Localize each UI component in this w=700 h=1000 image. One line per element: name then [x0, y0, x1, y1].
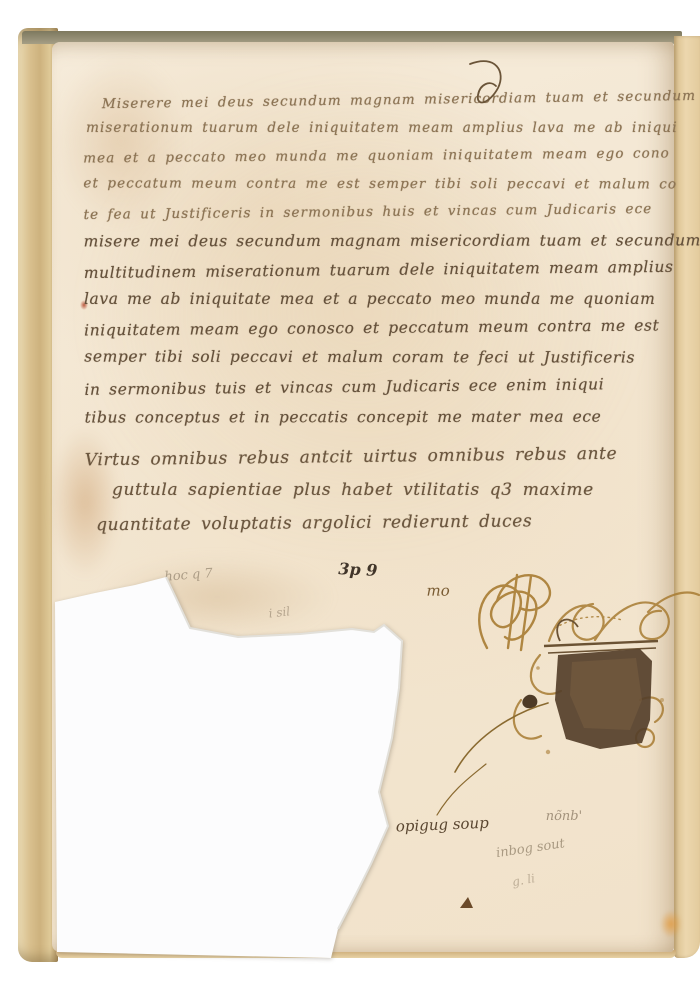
manuscript-line: lava me ab iniquitate mea et a peccato m… [84, 290, 655, 308]
manuscript-line: mea et a peccato meo munda me quoniam in… [83, 145, 670, 166]
manuscript-page: Miserere mei deus secundum magnam miseri… [52, 42, 674, 952]
manuscript-line: te fea ut Justificeris in sermonibus hui… [83, 201, 652, 223]
manuscript-line: quantitate voluptatis argolici redierunt… [96, 511, 532, 535]
manuscript-line: misere mei deus secundum magnam miserico… [84, 231, 700, 250]
pen-trial: nõnb' [546, 809, 583, 824]
pen-scribble: i sil [268, 604, 291, 620]
manuscript-line: Virtus omnibus rebus antcit uirtus omnib… [85, 444, 618, 471]
manuscript-line: multitudinem miserationum tuarum dele in… [84, 258, 674, 282]
pen-scribble: mo [426, 582, 449, 600]
manuscript-line: in sermonibus tuis et vincas cum Judicar… [84, 375, 604, 398]
manuscript-line: tibus conceptus et in peccatis concepit … [85, 408, 602, 427]
manuscript-text-block: Miserere mei deus secundum magnam miseri… [50, 40, 677, 953]
manuscript-line: iniquitatem meam ego conosco et peccatum… [84, 316, 659, 339]
manuscript-line: miserationum tuarum dele iniquitatem mea… [86, 120, 678, 136]
manuscript-line: semper tibi soli peccavi et malum coram … [84, 348, 635, 367]
manuscript-line: et peccatum meum contra me est semper ti… [83, 175, 677, 192]
pen-trial: inbog sout [495, 836, 566, 861]
pen-trial: g. li [511, 871, 536, 889]
book-fore-edge-pages [674, 36, 700, 958]
pen-trial: opigug soup [395, 814, 489, 836]
manuscript-line: guttula sapientiae plus habet vtilitatis… [112, 480, 594, 500]
manuscript-line: Miserere mei deus secundum magnam miseri… [102, 87, 700, 112]
pen-scribble: hoc q 7 [164, 566, 213, 585]
manuscript-photo: Miserere mei deus secundum magnam miseri… [0, 0, 700, 1000]
pen-scribble: 3p 9 [338, 559, 378, 580]
